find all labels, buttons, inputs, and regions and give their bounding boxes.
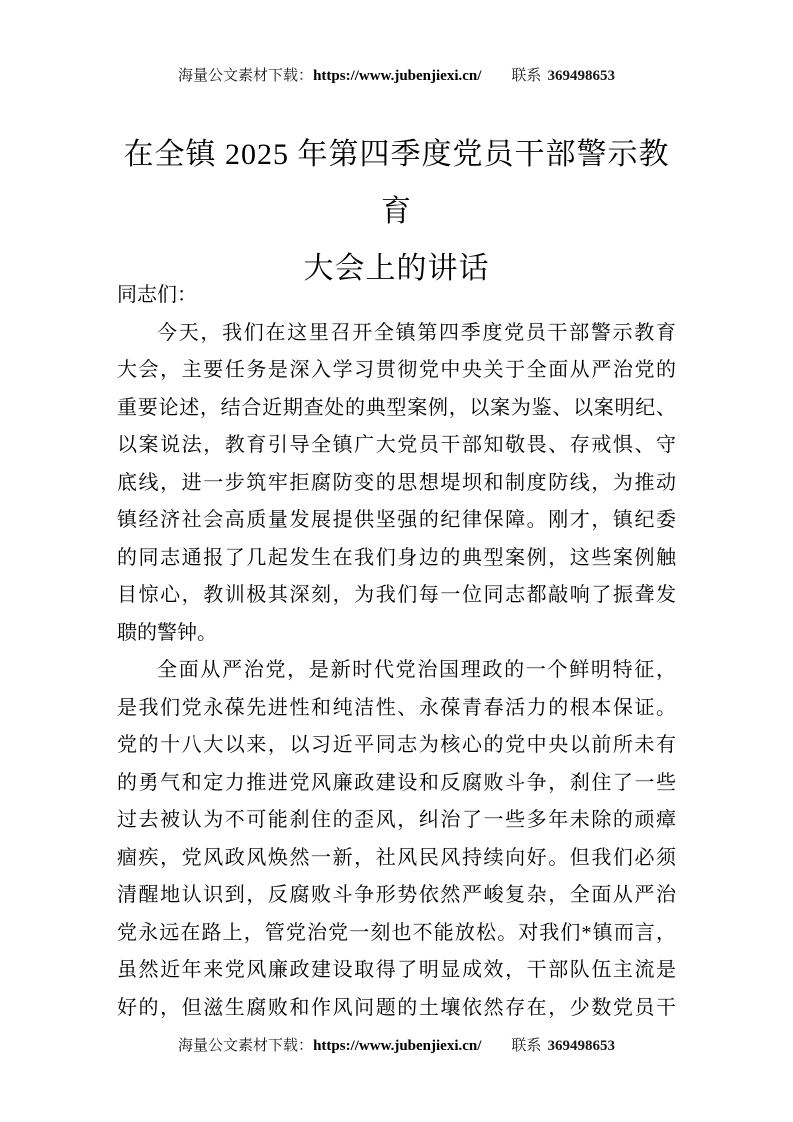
text-line: 党永远在路上，管党治党一刻也不能放松。对我们*镇而言，	[117, 915, 676, 953]
text-line: 的勇气和定力推进党风廉政建设和反腐败斗争，刹住了一些	[117, 765, 676, 803]
header-contact-label: 联系	[511, 68, 541, 84]
text-line: 聩的警钟。	[117, 615, 676, 653]
text-line: 目惊心，教训极其深刻，为我们每一位同志都敲响了振聋发	[117, 577, 676, 615]
text-line: 重要论述，结合近期查处的典型案例，以案为鉴、以案明纪、	[117, 390, 676, 428]
text-line: 过去被认为不可能刹住的歪风，纠治了一些多年未除的顽瘴	[117, 802, 676, 840]
header-url-link[interactable]: https://www.jubenjiexi.cn/	[313, 68, 481, 84]
text-line: 全面从严治党，是新时代党治国理政的一个鲜明特征，	[117, 652, 676, 690]
text-line: 痼疾，党风政风焕然一新，社风民风持续向好。但我们必须	[117, 840, 676, 878]
document-title-line-1: 在全镇 2025 年第四季度党员干部警示教育	[117, 126, 676, 240]
text-line: 大会，主要任务是深入学习贯彻党中央关于全面从严治党的	[117, 352, 676, 390]
text-line: 镇经济社会高质量发展提供坚强的纪律保障。刚才，镇纪委	[117, 502, 676, 540]
text-line: 同志们：	[117, 277, 676, 315]
footer-label: 海量公文素材下载：	[178, 1038, 313, 1054]
footer-contact-label: 联系	[511, 1038, 541, 1054]
page-footer: 海量公文素材下载：https://www.jubenjiexi.cn/联系369…	[0, 1036, 793, 1056]
page-header: 海量公文素材下载：https://www.jubenjiexi.cn/联系369…	[0, 66, 793, 86]
text-line: 虽然近年来党风廉政建设取得了明显成效，干部队伍主流是	[117, 952, 676, 990]
document-title: 在全镇 2025 年第四季度党员干部警示教育 大会上的讲话	[117, 126, 676, 297]
text-line: 以案说法，教育引导全镇广大党员干部知敬畏、存戒惧、守	[117, 427, 676, 465]
document-page: 海量公文素材下载：https://www.jubenjiexi.cn/联系369…	[0, 0, 793, 1122]
text-line: 底线，进一步筑牢拒腐防变的思想堤坝和制度防线，为推动	[117, 465, 676, 503]
text-line: 是我们党永葆先进性和纯洁性、永葆青春活力的根本保证。	[117, 690, 676, 728]
text-line: 今天，我们在这里召开全镇第四季度党员干部警示教育	[117, 315, 676, 353]
text-line: 党的十八大以来，以习近平同志为核心的党中央以前所未有	[117, 727, 676, 765]
footer-contact-number: 369498653	[547, 1038, 615, 1054]
header-label: 海量公文素材下载：	[178, 68, 313, 84]
footer-url-link[interactable]: https://www.jubenjiexi.cn/	[313, 1038, 481, 1054]
header-contact-number: 369498653	[547, 68, 615, 84]
text-line: 清醒地认识到，反腐败斗争形势依然严峻复杂，全面从严治	[117, 877, 676, 915]
text-line: 好的，但滋生腐败和作风问题的土壤依然存在，少数党员干	[117, 990, 676, 1028]
text-line: 的同志通报了几起发生在我们身边的典型案例，这些案例触	[117, 540, 676, 578]
document-body: 同志们：今天，我们在这里召开全镇第四季度党员干部警示教育大会，主要任务是深入学习…	[117, 277, 676, 1027]
